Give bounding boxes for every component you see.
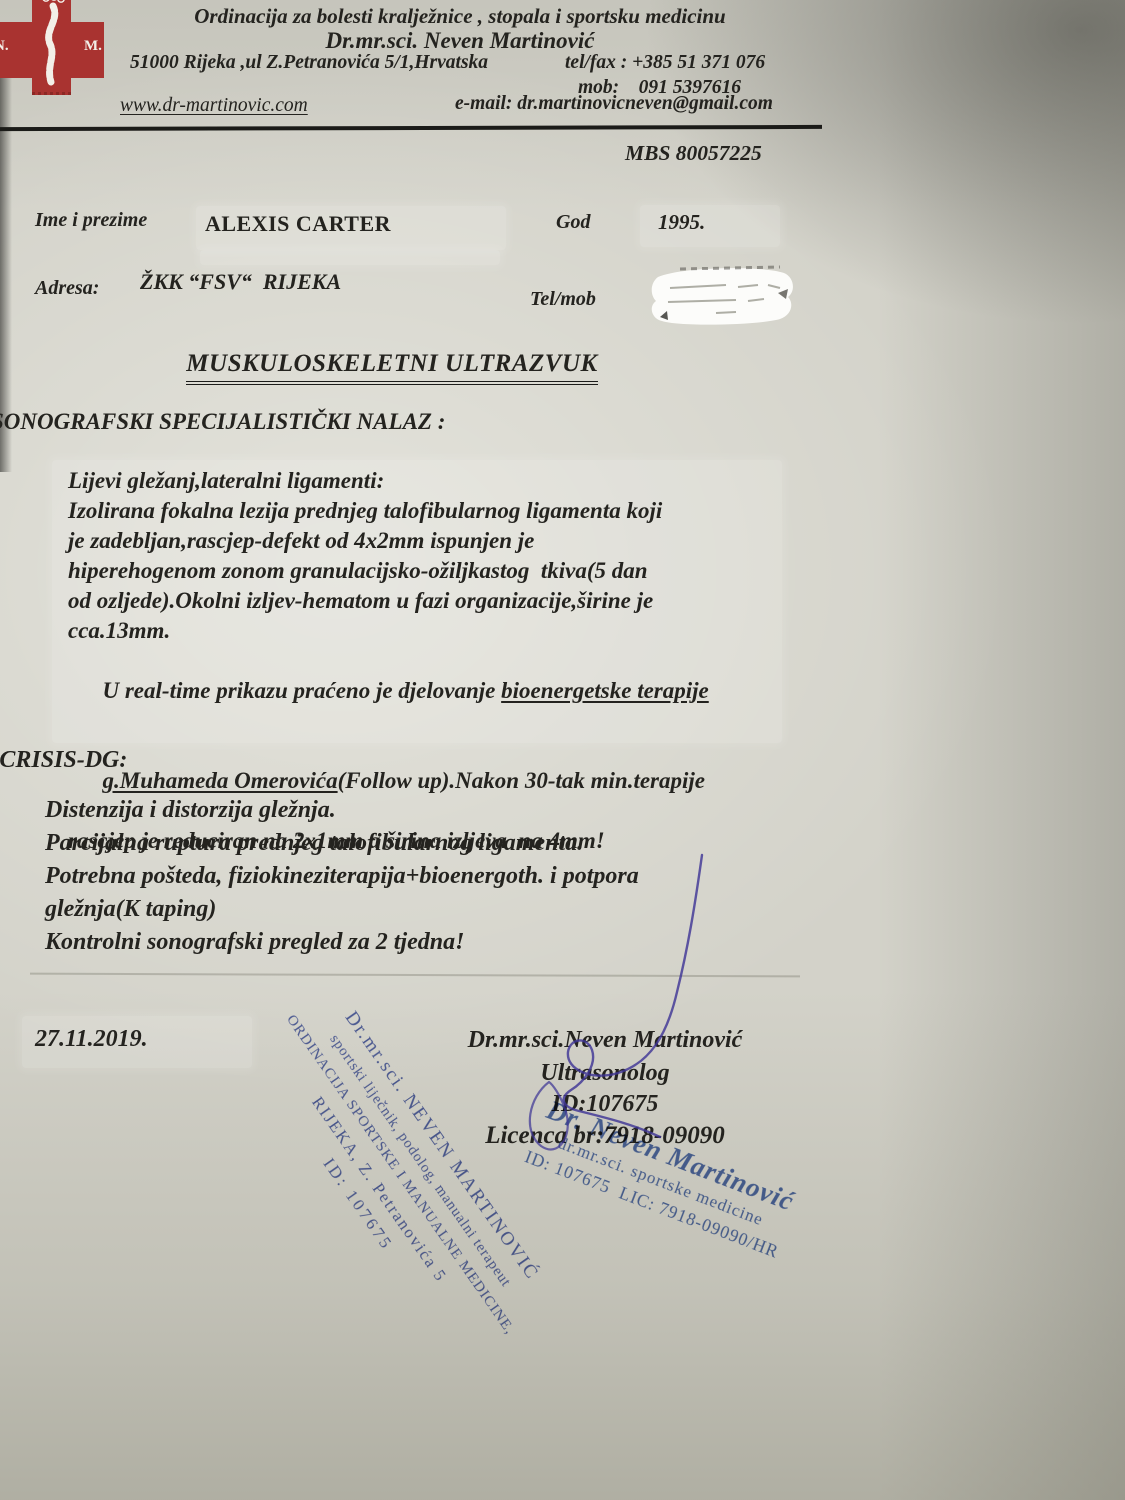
mbs-number: MBS 80057225 (625, 141, 762, 166)
findings-line-plain: (Follow up).Nakon 30-tak min.terapije (338, 768, 705, 793)
patient-year-label: God (556, 211, 590, 234)
findings-line: od ozljede).Okolni izljev-hematom u fazi… (68, 586, 788, 616)
clinic-address: 51000 Rijeka ,ul Z.Petranovića 5/1,Hrvat… (130, 52, 488, 74)
photo-left-edge-shadow (0, 42, 12, 472)
clinic-tagline: Ordinacija za bolesti kralježnice , stop… (150, 4, 770, 28)
dg-heading: ICRISIS-DG: (0, 747, 127, 775)
diagnosis-line: gležnja(K taping) (45, 893, 785, 926)
signatory-name: Dr.mr.sci.Neven Martinović (430, 1024, 780, 1057)
clinic-telfax: tel/fax : +385 51 371 076 (565, 52, 765, 74)
clinic-website-link: www.dr-martinovic.com (120, 95, 308, 117)
scanned-medical-report: N. M. Ordinacija za bolesti kralježnice … (0, 0, 1125, 1500)
clinic-email: e-mail: dr.martinovicneven@gmail.com (455, 93, 773, 115)
patient-year-value: 1995. (658, 210, 705, 234)
report-date: 27.11.2019. (35, 1026, 148, 1054)
diagnosis-line: Kontrolni sonografski pregled za 2 tjedn… (45, 926, 785, 959)
patient-name-value: ALEXIS CARTER (205, 211, 391, 236)
findings-line: Lijevi gležanj,lateralni ligamenti: (68, 466, 788, 496)
findings-line: hiperehogenom zonom granulacijsko-ožiljk… (68, 556, 788, 586)
logo-letter-n-text: N. (0, 38, 9, 54)
clinic-doctor-name: Dr.mr.sci. Neven Martinović (150, 28, 770, 54)
patient-phone-label: Tel/mob (530, 288, 596, 311)
diagnosis-line: Distenzija i distorzija gležnja. (45, 794, 785, 827)
patient-name-label: Ime i prezime (35, 209, 147, 232)
edit-patch-name-band (200, 250, 500, 265)
report-title-text: MUSKULOSKELETNI ULTRAZVUK (186, 350, 597, 385)
logo-letter-m: M. (84, 38, 102, 55)
diagnosis-line: Potrebna pošteda, fiziokineziterapija+bi… (45, 860, 785, 893)
clinic-logo: N. M. (0, 0, 114, 98)
findings-line-underlined: g.Muhameda Omerovića (103, 768, 338, 793)
logo-letter-m-text: M. (84, 38, 102, 54)
phone-redaction-blob (640, 255, 810, 340)
patient-address-label: Adresa: (35, 277, 99, 300)
findings-line-underlined: bioenergetske terapije (501, 678, 709, 703)
findings-line: U real-time prikazu praćeno je djelovanj… (68, 646, 788, 736)
findings-line: Izolirana fokalna lezija prednjeg talofi… (68, 496, 788, 526)
findings-line-plain: U real-time prikazu praćeno je djelovanj… (103, 678, 502, 703)
logo-letter-n: N. (0, 38, 9, 55)
diagnosis-paragraph: Distenzija i distorzija gležnja. Parcija… (45, 794, 785, 959)
spine-icon (36, 0, 68, 88)
patient-address-value: ŽKK “FSV“ RIJEKA (140, 269, 341, 294)
findings-line: cca.13mm. (68, 616, 788, 646)
diagnosis-line: Parcijalna ruptura prednjeg talofibularn… (45, 827, 785, 860)
section-heading: SONOGRAFSKI SPECIJALISTIČKI NALAZ : (0, 409, 445, 435)
header-divider (0, 125, 822, 131)
report-title: MUSKULOSKELETNI ULTRAZVUK (152, 350, 632, 385)
signatory-title: Ultrasonolog (430, 1057, 780, 1089)
findings-line: je zadebljan,rascjep-defekt od 4x2mm isp… (68, 526, 788, 556)
paper-crease (30, 973, 800, 977)
